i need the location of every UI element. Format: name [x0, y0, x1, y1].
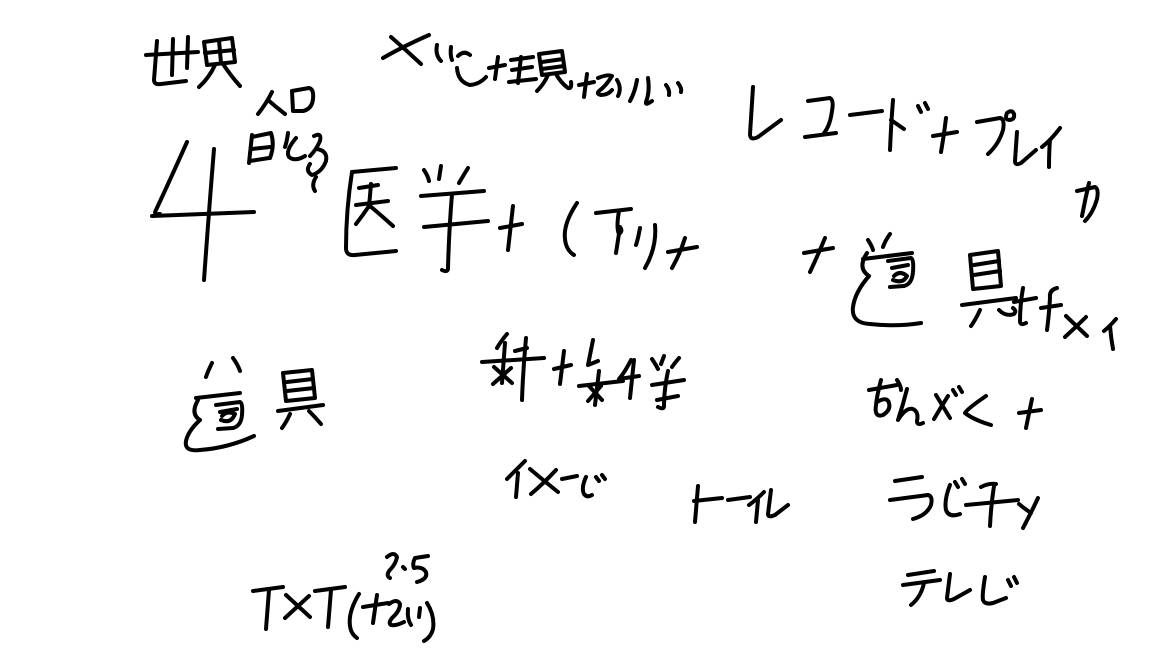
handwriting-hi-to-tsuki: [249, 133, 326, 191]
handwriting-record-play: [750, 87, 1060, 167]
handwriting-sekai: [146, 37, 240, 87]
handwriting-ink-layer: [0, 0, 1152, 648]
handwriting-toire: [694, 486, 788, 522]
handwriting-terebi: [903, 571, 1017, 605]
handwriting-big-four: [152, 142, 254, 280]
handwriting-ongaku: [869, 380, 1041, 428]
drawing-canvas-area[interactable]: [0, 0, 1152, 648]
handwriting-ka: [1077, 183, 1098, 221]
handwriting-jinkou: [258, 88, 313, 114]
handwriting-image-word: [507, 461, 605, 497]
handwriting-txt-formula: [253, 554, 433, 641]
handwriting-rajio: [890, 477, 1038, 528]
handwriting-ka-kagaku: [482, 334, 684, 408]
handwriting-igaku-kusuri: [346, 166, 697, 271]
handwriting-plus-dougu-tf: [804, 234, 1116, 349]
handwriting-kako-gen-mirai: [383, 35, 681, 104]
handwriting-dougu: [186, 358, 323, 450]
